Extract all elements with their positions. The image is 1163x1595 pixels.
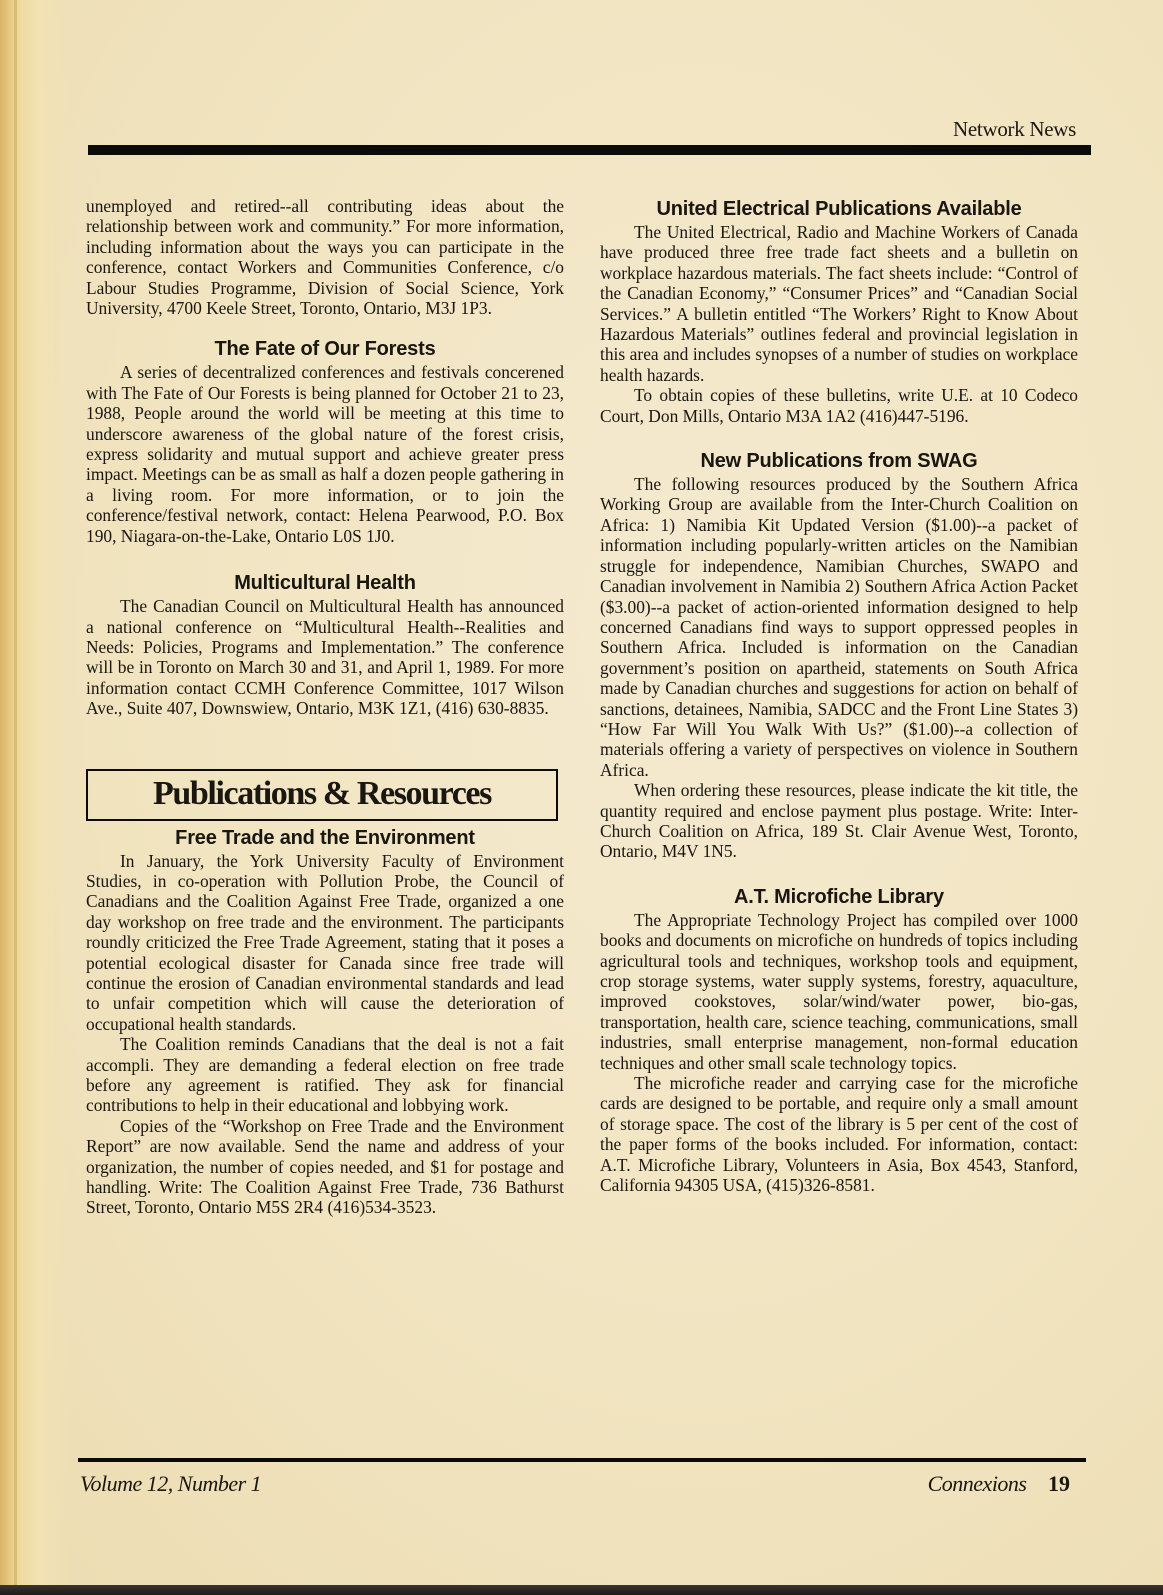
article-paragraph: The microfiche reader and carrying case … — [600, 1073, 1078, 1195]
article-paragraph: The United Electrical, Radio and Machine… — [600, 222, 1078, 385]
page-spine-edge — [14, 0, 17, 1595]
section-banner-box: Publications & Resources — [86, 769, 558, 821]
article-paragraph: The following resources produced by the … — [600, 474, 1078, 780]
article-paragraph: When ordering these resources, please in… — [600, 780, 1078, 862]
footer-volume: Volume 12, Number 1 — [80, 1471, 261, 1497]
article-paragraph: To obtain copies of these bulletins, wri… — [600, 385, 1078, 426]
running-head: Network News — [953, 117, 1076, 142]
article-paragraph: A series of decentralized conferences an… — [86, 362, 564, 546]
footer-publication-info: Connexions 19 — [928, 1471, 1070, 1497]
page-number: 19 — [1048, 1471, 1070, 1496]
article-paragraph: Copies of the “Workshop on Free Trade an… — [86, 1116, 564, 1218]
magazine-page: Network News unemployed and retired--all… — [0, 0, 1163, 1595]
header-rule — [88, 145, 1091, 155]
article-title: Free Trade and the Environment — [86, 825, 564, 851]
article-title: A.T. Microfiche Library — [600, 884, 1078, 910]
left-column: unemployed and retired--all contributing… — [86, 196, 564, 1218]
article-united-electrical: United Electrical Publications Available… — [600, 196, 1078, 426]
article-free-trade-environment: Free Trade and the Environment In Januar… — [86, 825, 564, 1218]
article-paragraph: In January, the York University Faculty … — [86, 851, 564, 1035]
continued-paragraph: unemployed and retired--all contributing… — [86, 196, 564, 318]
article-paragraph: The Canadian Council on Multicultural He… — [86, 596, 564, 718]
article-title: Multicultural Health — [86, 570, 564, 596]
right-column: United Electrical Publications Available… — [600, 196, 1078, 1195]
article-microfiche-library: A.T. Microfiche Library The Appropriate … — [600, 884, 1078, 1196]
section-banner-title: Publications & Resources — [88, 774, 556, 814]
footer-publication-name: Connexions — [928, 1471, 1027, 1496]
article-title: New Publications from SWAG — [600, 448, 1078, 474]
article-title: United Electrical Publications Available — [600, 196, 1078, 222]
article-paragraph: The Appropriate Technology Project has c… — [600, 910, 1078, 1073]
article-fate-of-forests: The Fate of Our Forests A series of dece… — [86, 336, 564, 546]
page-bottom-edge — [0, 1585, 1163, 1595]
article-paragraph: The Coalition reminds Canadians that the… — [86, 1034, 564, 1116]
article-swag-publications: New Publications from SWAG The following… — [600, 448, 1078, 862]
footer-rule — [78, 1458, 1086, 1462]
article-title: The Fate of Our Forests — [86, 336, 564, 362]
article-multicultural-health: Multicultural Health The Canadian Counci… — [86, 570, 564, 718]
